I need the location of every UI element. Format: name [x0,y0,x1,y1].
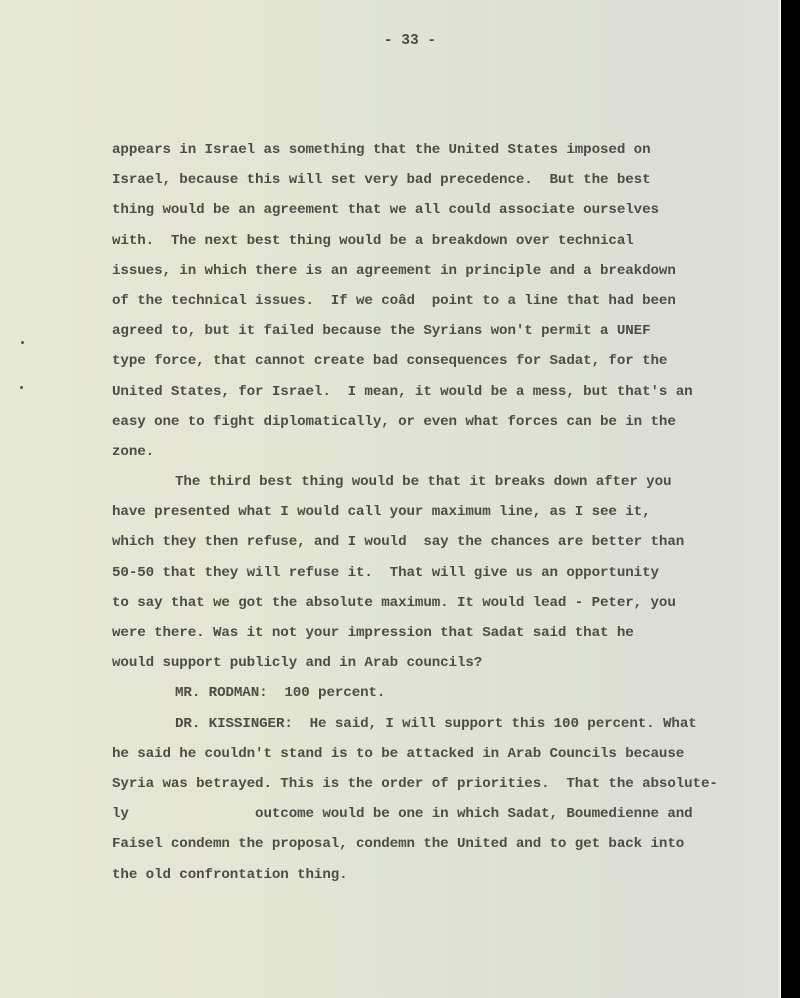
text-line: 50-50 that they will refuse it. That wil… [112,558,772,588]
document-body: appears in Israel as something that the … [112,135,772,890]
text-line: were there. Was it not your impression t… [112,618,772,648]
text-line: United States, for Israel. I mean, it wo… [112,377,772,407]
text-line: The third best thing would be that it br… [112,467,772,497]
text-line: have presented what I would call your ma… [112,497,772,527]
text-line: ly outcome would be one in which Sadat, … [112,799,772,829]
text-line: MR. RODMAN: 100 percent. [112,678,772,708]
text-line: Syria was betrayed. This is the order of… [112,769,772,799]
text-line: Israel, because this will set very bad p… [112,165,772,195]
text-line: would support publicly and in Arab counc… [112,648,772,678]
document-page: - 33 - appears in Israel as something th… [0,0,781,998]
scan-speck [20,386,23,389]
text-line: which they then refuse, and I would say … [112,527,772,557]
text-line: to say that we got the absolute maximum.… [112,588,772,618]
text-line: easy one to fight diplomatically, or eve… [112,407,772,437]
scan-speck [21,341,24,344]
text-line: zone. [112,437,772,467]
text-line: the old confrontation thing. [112,860,772,890]
page-number: - 33 - [0,33,800,49]
text-line: type force, that cannot create bad conse… [112,346,772,376]
text-line: he said he couldn't stand is to be attac… [112,739,772,769]
text-line: with. The next best thing would be a bre… [112,226,772,256]
text-line: thing would be an agreement that we all … [112,195,772,225]
text-line: DR. KISSINGER: He said, I will support t… [112,709,772,739]
text-line: of the technical issues. If we coâd poin… [112,286,772,316]
text-line: issues, in which there is an agreement i… [112,256,772,286]
text-line: appears in Israel as something that the … [112,135,772,165]
text-line: Faisel condemn the proposal, condemn the… [112,829,772,859]
text-line: agreed to, but it failed because the Syr… [112,316,772,346]
